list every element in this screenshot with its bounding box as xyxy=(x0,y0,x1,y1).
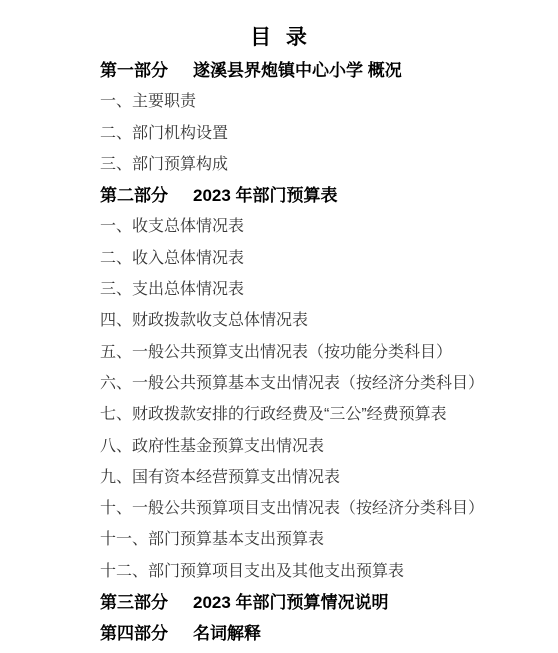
toc-part-4-title: 名词解释 xyxy=(193,624,261,643)
page-title: 目 录 xyxy=(0,24,558,52)
toc-item: 九、国有资本经营预算支出情况表 xyxy=(100,462,538,493)
toc-item: 六、一般公共预算基本支出情况表（按经济分类科目） xyxy=(100,368,538,399)
toc-item-text: 一、收支总体情况表 xyxy=(100,218,244,235)
toc-part-3: 第三部分2023 年部门预算情况说明 xyxy=(100,587,538,618)
toc-part-3-title: 2023 年部门预算情况说明 xyxy=(193,593,389,612)
toc-part-1: 第一部分遂溪县界炮镇中心小学 概况 xyxy=(100,55,538,86)
toc-item: 一、主要职责 xyxy=(100,86,538,117)
toc-item-text: 十二、部门预算项目支出及其他支出预算表 xyxy=(100,563,404,580)
toc-part-4: 第四部分名词解释 xyxy=(100,618,538,649)
toc-item: 三、部门预算构成 xyxy=(100,149,538,180)
toc-item-text: 三、部门预算构成 xyxy=(100,156,228,173)
toc-item: 十、一般公共预算项目支出情况表（按经济分类科目） xyxy=(100,493,538,524)
toc-part-1-label: 第一部分 xyxy=(100,61,168,80)
toc-item-text: 五、一般公共预算支出情况表（按功能分类科目） xyxy=(100,344,452,361)
toc-item: 五、一般公共预算支出情况表（按功能分类科目） xyxy=(100,337,538,368)
table-of-contents: 第一部分遂溪县界炮镇中心小学 概况 一、主要职责 二、部门机构设置 三、部门预算… xyxy=(0,55,558,650)
toc-item-text: 七、财政拨款安排的行政经费及“三公”经费预算表 xyxy=(100,406,447,423)
toc-part-2-title: 2023 年部门预算表 xyxy=(193,186,338,205)
toc-item: 八、政府性基金预算支出情况表 xyxy=(100,431,538,462)
toc-item: 一、收支总体情况表 xyxy=(100,211,538,242)
toc-part-4-label: 第四部分 xyxy=(100,624,168,643)
document-page: 目 录 第一部分遂溪县界炮镇中心小学 概况 一、主要职责 二、部门机构设置 三、… xyxy=(0,0,558,653)
toc-item-text: 二、收入总体情况表 xyxy=(100,250,244,267)
toc-part-2: 第二部分2023 年部门预算表 xyxy=(100,180,538,211)
toc-item: 三、支出总体情况表 xyxy=(100,274,538,305)
toc-item: 七、财政拨款安排的行政经费及“三公”经费预算表 xyxy=(100,399,538,430)
toc-item-text: 十一、部门预算基本支出预算表 xyxy=(100,531,324,548)
toc-item-text: 四、财政拨款收支总体情况表 xyxy=(100,312,308,329)
toc-part-2-label: 第二部分 xyxy=(100,186,168,205)
toc-part-3-label: 第三部分 xyxy=(100,593,168,612)
toc-item: 二、收入总体情况表 xyxy=(100,243,538,274)
toc-item: 十二、部门预算项目支出及其他支出预算表 xyxy=(100,556,538,587)
toc-item: 十一、部门预算基本支出预算表 xyxy=(100,524,538,555)
toc-item-text: 九、国有资本经营预算支出情况表 xyxy=(100,469,340,486)
toc-item-text: 六、一般公共预算基本支出情况表（按经济分类科目） xyxy=(100,375,484,392)
toc-item-text: 八、政府性基金预算支出情况表 xyxy=(100,438,324,455)
toc-item: 二、部门机构设置 xyxy=(100,118,538,149)
toc-item-text: 二、部门机构设置 xyxy=(100,125,228,142)
toc-item-text: 十、一般公共预算项目支出情况表（按经济分类科目） xyxy=(100,500,484,517)
toc-item: 四、财政拨款收支总体情况表 xyxy=(100,305,538,336)
toc-item-text: 三、支出总体情况表 xyxy=(100,281,244,298)
toc-item-text: 一、主要职责 xyxy=(100,93,196,110)
toc-part-1-title: 遂溪县界炮镇中心小学 概况 xyxy=(193,61,402,80)
